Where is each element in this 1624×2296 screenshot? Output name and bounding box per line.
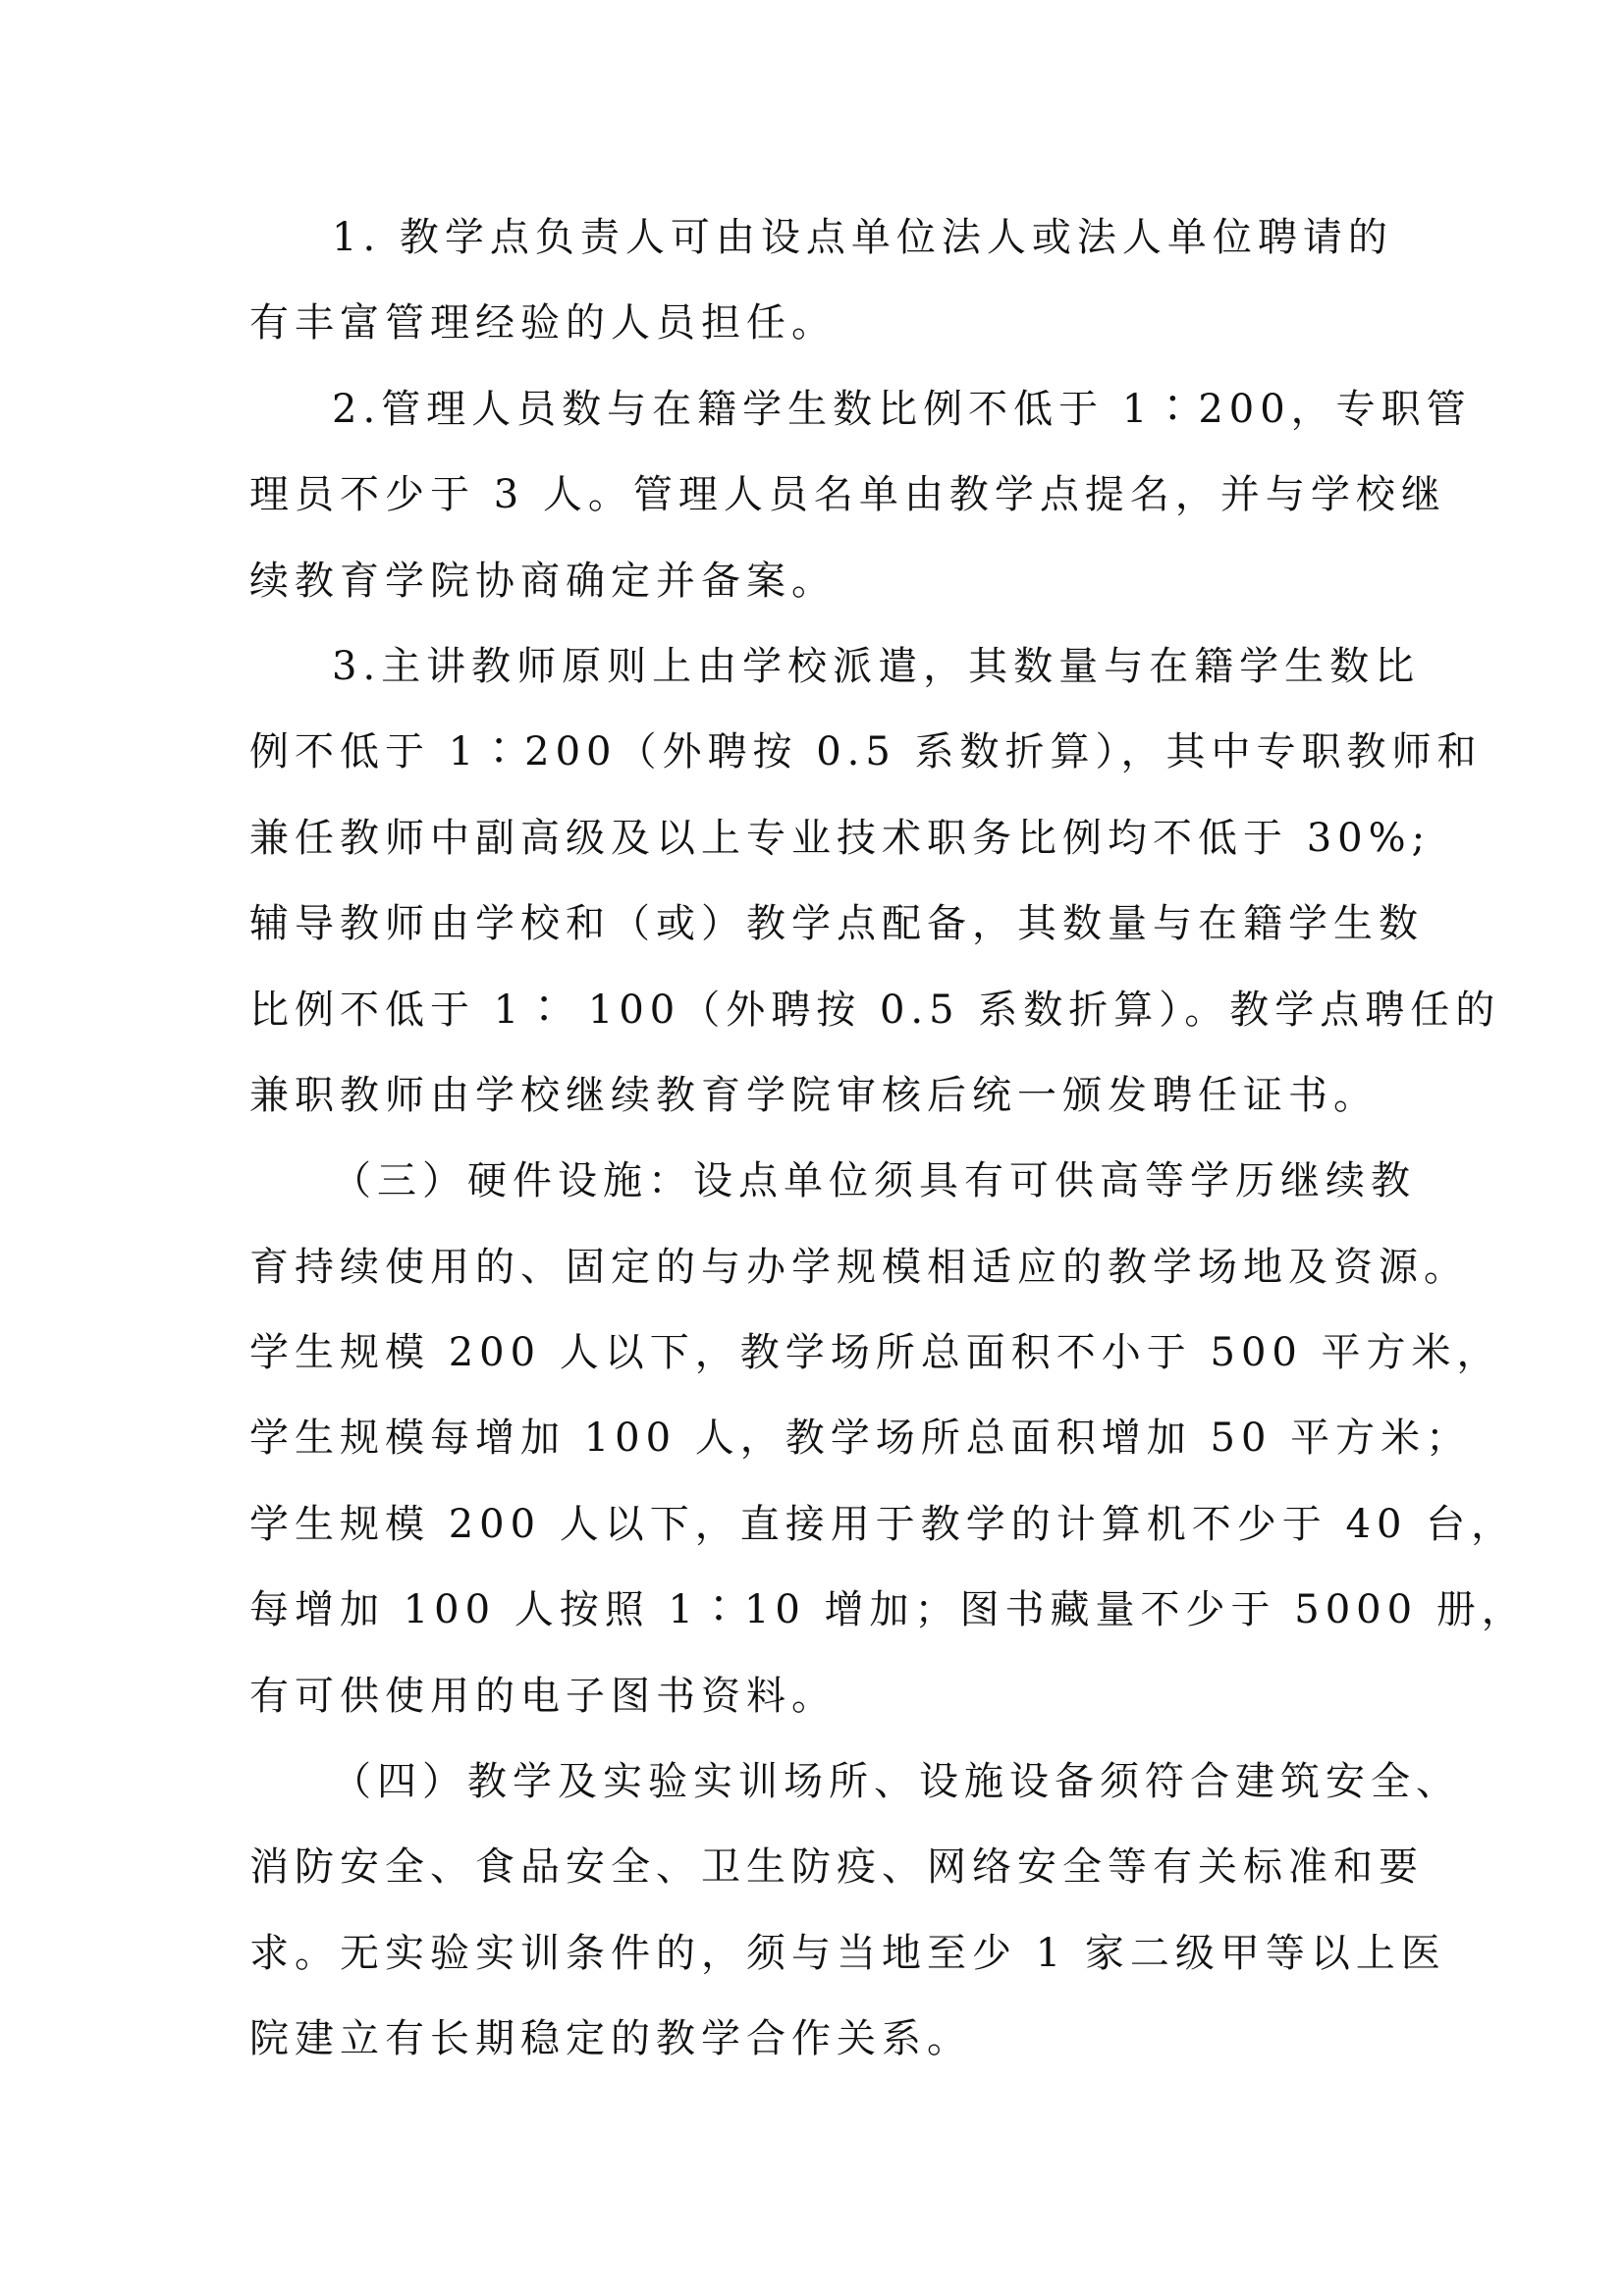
text-line: 有可供使用的电子图书资料。 bbox=[249, 1667, 1388, 1752]
paragraph-item-3: 3.主讲教师原则上由学校派遣，其数量与在籍学生数比 例不低于 1∶200（外聘按… bbox=[249, 637, 1388, 1151]
text-line: 每增加 100 人按照 1∶10 增加；图书藏量不少于 5000 册， bbox=[249, 1580, 1388, 1666]
text-line: 理员不少于 3 人。管理人员名单由教学点提名，并与学校继 bbox=[249, 465, 1388, 551]
document-body: 1. 教学点负责人可由设点单位法人或法人单位聘请的 有丰富管理经验的人员担任。 … bbox=[249, 208, 1388, 2096]
text-line: 辅导教师由学校和（或）教学点配备，其数量与在籍学生数 bbox=[249, 894, 1388, 980]
text-line: 续教育学院协商确定并备案。 bbox=[249, 552, 1388, 637]
paragraph-section-hardware: （三）硬件设施：设点单位须具有可供高等学历继续教 育持续使用的、固定的与办学规模… bbox=[249, 1151, 1388, 1752]
paragraph-item-1: 1. 教学点负责人可由设点单位法人或法人单位聘请的 有丰富管理经验的人员担任。 bbox=[249, 208, 1388, 380]
text-line: 求。无实验实训条件的，须与当地至少 1 家二级甲等以上医 bbox=[249, 1924, 1388, 2009]
text-line: 学生规模 200 人以下，直接用于教学的计算机不少于 40 台， bbox=[249, 1495, 1388, 1580]
text-line: 有丰富管理经验的人员担任。 bbox=[249, 294, 1388, 379]
text-line: 学生规模 200 人以下，教学场所总面积不小于 500 平方米， bbox=[249, 1323, 1388, 1409]
paragraph-item-2: 2.管理人员数与在籍学生数比例不低于 1∶200，专职管 理员不少于 3 人。管… bbox=[249, 380, 1388, 637]
text-line: 学生规模每增加 100 人，教学场所总面积增加 50 平方米； bbox=[249, 1409, 1388, 1494]
paragraph-section-safety: （四）教学及实验实训场所、设施设备须符合建筑安全、 消防安全、食品安全、卫生防疫… bbox=[249, 1752, 1388, 2096]
text-line: （四）教学及实验实训场所、设施设备须符合建筑安全、 bbox=[249, 1752, 1388, 1838]
text-line: 1. 教学点负责人可由设点单位法人或法人单位聘请的 bbox=[249, 208, 1388, 294]
text-line: 3.主讲教师原则上由学校派遣，其数量与在籍学生数比 bbox=[249, 637, 1388, 722]
text-line: 兼任教师中副高级及以上专业技术职务比例均不低于 30%; bbox=[249, 809, 1388, 894]
text-line: 兼职教师由学校继续教育学院审核后统一颁发聘任证书。 bbox=[249, 1066, 1388, 1151]
text-line: 例不低于 1∶200（外聘按 0.5 系数折算），其中专职教师和 bbox=[249, 722, 1388, 808]
text-line: （三）硬件设施：设点单位须具有可供高等学历继续教 bbox=[249, 1151, 1388, 1237]
text-line: 消防安全、食品安全、卫生防疫、网络安全等有关标准和要 bbox=[249, 1838, 1388, 1923]
text-line: 育持续使用的、固定的与办学规模相适应的教学场地及资源。 bbox=[249, 1238, 1388, 1323]
document-page: 1. 教学点负责人可由设点单位法人或法人单位聘请的 有丰富管理经验的人员担任。 … bbox=[0, 0, 1624, 2296]
text-line: 院建立有长期稳定的教学合作关系。 bbox=[249, 2009, 1388, 2095]
text-line: 2.管理人员数与在籍学生数比例不低于 1∶200，专职管 bbox=[249, 380, 1388, 465]
text-line: 比例不低于 1∶ 100（外聘按 0.5 系数折算）。教学点聘任的 bbox=[249, 981, 1388, 1066]
